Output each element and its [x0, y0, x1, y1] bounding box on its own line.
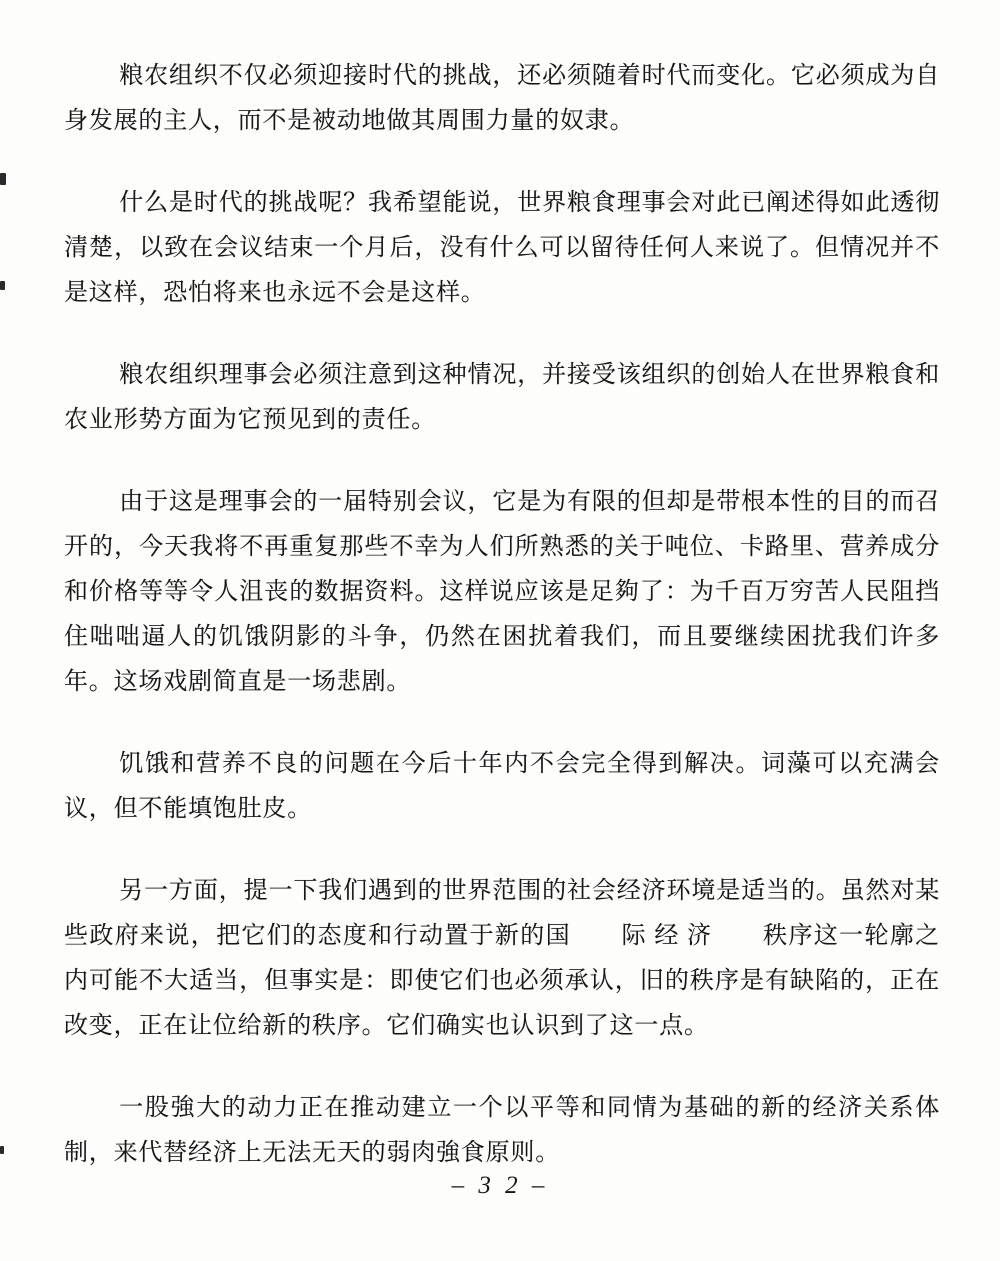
paragraph: 粮农组织不仅必须迎接时代的挑战，还必须随着时代而变化。它必须成为自身发展的主人，…	[64, 54, 940, 144]
paragraph: 粮农组织理事会必须注意到这种情况，并接受该组织的创始人在世界粮食和农业形势方面为…	[64, 353, 940, 443]
paragraph: 什么是时代的挑战呢？我希望能说，世界粮食理事会对此已阐述得如此透彻清楚，以致在会…	[64, 181, 940, 316]
paragraph: 饥饿和营养不良的问题在今后十年内不会完全得到解决。词藻可以充满会议，但不能填饱肚…	[64, 742, 940, 832]
document-page: 粮农组织不仅必须迎接时代的挑战，还必须随着时代而变化。它必须成为自身发展的主人，…	[0, 0, 1000, 1261]
paragraph: 另一方面，提一下我们遇到的世界范围的社会经济环境是适当的。虽然对某些政府来说，把…	[64, 869, 940, 1049]
page-number: – 3 2 –	[0, 1172, 1000, 1200]
scan-artifact	[0, 173, 6, 185]
paragraph: 由于这是理事会的一届特别会议，它是为有限的但却是带根本性的目的而召开的，今天我将…	[64, 480, 940, 705]
scan-artifact	[0, 281, 5, 290]
scan-artifact	[0, 1146, 4, 1154]
paragraph: 一股強大的动力正在推动建立一个以平等和同情为基础的新的经济关系体制，来代替经济上…	[64, 1086, 940, 1176]
